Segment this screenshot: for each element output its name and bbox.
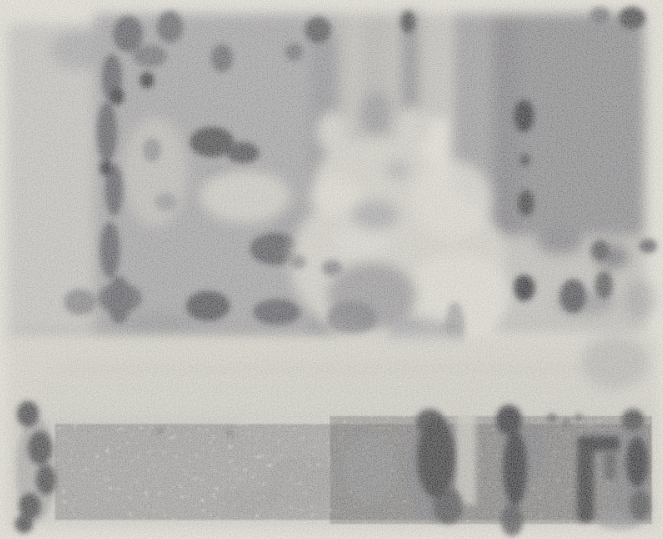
painting-canvas [0, 0, 663, 539]
watercolor-cat-painting [0, 0, 663, 539]
paper-grain-light [0, 0, 663, 539]
